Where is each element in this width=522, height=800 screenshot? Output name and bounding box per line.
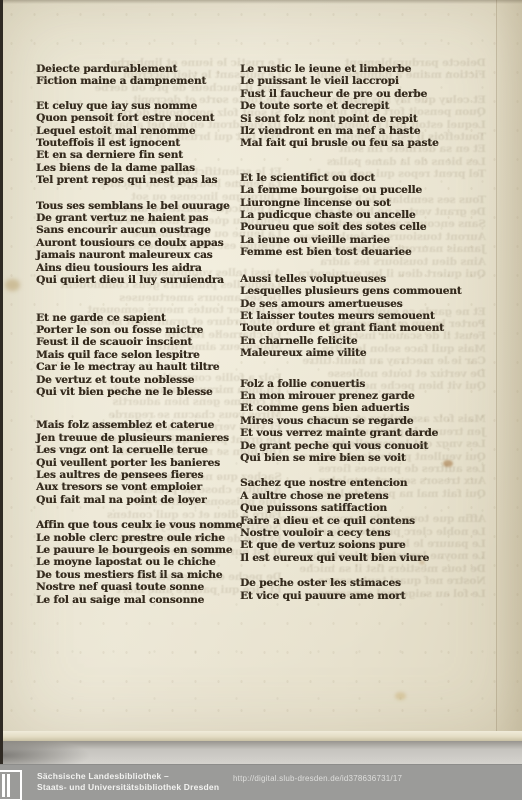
- verse-line: Et vous verrez mainte grant darde: [240, 427, 475, 439]
- verse-line: Les aultres de pensees fieres: [36, 469, 241, 481]
- manuscript-page: Deiecte pardurablementFiction maine a da…: [0, 0, 522, 741]
- verse-line: Ains dieu tousiours les aidra: [36, 262, 241, 274]
- verse-line: En mon mirouer prenez garde: [240, 390, 475, 402]
- verse-line: Mires vous chacun se regarde: [240, 415, 475, 427]
- verse-line: Et laisser toutes meurs semouent: [240, 310, 475, 322]
- verse-line: Qui bien se mire bien se voit: [240, 452, 475, 464]
- verse-line: Jen treuue de plusieurs manieres: [36, 432, 241, 444]
- verse-line: Jamais nauront maleureux cas: [36, 249, 241, 261]
- stanza: Et celuy que iay sus nommeQuon pensoit f…: [36, 100, 241, 187]
- stanza: Sachez que nostre entencionA aultre chos…: [240, 477, 475, 564]
- verse-line: Faire a dieu et ce quil contens: [240, 515, 475, 527]
- photo-left-edge: [0, 0, 3, 764]
- parchment-stain: [419, 560, 425, 565]
- parchment-stain: [5, 279, 20, 291]
- verse-line: Les vngz ont la ceruelle terue: [36, 444, 241, 456]
- verse-line: Touteffois il est ignocent: [36, 137, 241, 149]
- verse-line: Deiecte pardurablement: [36, 63, 241, 75]
- verse-line: Les biens de la dame pallas: [36, 162, 241, 174]
- verse-line: Qui vit bien peche ne le blesse: [36, 386, 241, 398]
- verse-line: Lesquelles plusieurs gens commouent: [240, 285, 475, 297]
- stanza: Et ne garde ce sapientPorter le son ou f…: [36, 312, 241, 399]
- verse-line: De grant peche qui vous conuoit: [240, 440, 475, 452]
- verse-line: Affin que tous ceulx ie vous nomme: [36, 519, 241, 531]
- stanza: Tous ses semblans le bel ouurageDe grant…: [36, 200, 241, 287]
- verse-line: Le puissant le vieil laccropi: [240, 75, 475, 87]
- verse-line: Qui fait mal na point de loyer: [36, 494, 241, 506]
- verse-line: De toute sorte et decrepit: [240, 100, 475, 112]
- verse-line: Folz a follie conuertis: [240, 378, 475, 390]
- verse-line: Nostre vouloir a cecy tens: [240, 527, 475, 539]
- photo-top-shadow: [0, 0, 522, 4]
- library-name: Sächsische Landesbibliothek – Staats- un…: [37, 771, 219, 793]
- verse-line: Quon pensoit fort estre nocent: [36, 112, 241, 124]
- parchment-stain: [395, 692, 406, 700]
- verse-line: Le moyne lapostat ou le chiche: [36, 556, 241, 568]
- stanza: Mais folz assemblez et caterueJen treuue…: [36, 419, 241, 506]
- verse-line: Et celuy que iay sus nomme: [36, 100, 241, 112]
- verse-line: Aux tresors se vont emploier: [36, 481, 241, 493]
- verse-line: Feust il de scauoir inscient: [36, 336, 241, 348]
- verse-line: La femme bourgoise ou pucelle: [240, 184, 475, 196]
- verse-line: Lequel estoit mal renomme: [36, 125, 241, 137]
- verse-line: Auront tousiours ce doulx appas: [36, 237, 241, 249]
- verse-line: Et que de vertuz soions pure: [240, 539, 475, 551]
- verse-line: Toute ordure et grant fiant mouent: [240, 322, 475, 334]
- verse-line: Qui veullent porter les banieres: [36, 457, 241, 469]
- verse-line: De tous mestiers fist il sa miche: [36, 569, 241, 581]
- verse-line: Le rustic le ieune et limberbe: [240, 63, 475, 75]
- verse-line: Nostre nef quasi toute sonne: [36, 581, 241, 593]
- verse-line: Tous ses semblans le bel ouurage: [36, 200, 241, 212]
- source-url: http://digital.slub-dresden.de/id3786367…: [233, 774, 402, 783]
- verse-line: Le noble clerc prestre oule riche: [36, 532, 241, 544]
- stanza: Et le scientifict ou doctLa femme bourgo…: [240, 172, 475, 259]
- stanza: Deiecte pardurablementFiction maine a da…: [36, 63, 241, 88]
- table-cloth-shadow: [0, 741, 150, 765]
- verse-line: La ieune ou vieille mariee: [240, 234, 475, 246]
- verse-line: Si sont folz nont point de repit: [240, 113, 475, 125]
- parchment-stain: [443, 460, 453, 467]
- verse-line: Porter le son ou fosse mictre: [36, 324, 241, 336]
- verse-line: Mal fait qui brusle ou feu sa paste: [240, 137, 475, 149]
- stanza: Affin que tous ceulx ie vous nommeLe nob…: [36, 519, 241, 606]
- verse-line: Sachez que nostre entencion: [240, 477, 475, 489]
- verse-line: Et en sa derniere fin sent: [36, 149, 241, 161]
- verse-line: Liurongne lincense ou sot: [240, 197, 475, 209]
- verse-line: Tel prent repos qui nest pas las: [36, 174, 241, 186]
- library-footer-bar: Sächsische Landesbibliothek – Staats- un…: [0, 764, 522, 800]
- verse-line: Mais folz assemblez et caterue: [36, 419, 241, 431]
- verse-line: Mais quil face selon lespitre: [36, 349, 241, 361]
- verse-line: Ilz viendront en ma nef a haste: [240, 125, 475, 137]
- verse-line: Femme est bien tost deuariee: [240, 246, 475, 258]
- verse-line: Que puissons satiffaction: [240, 502, 475, 514]
- verse-line: Aussi telles voluptueuses: [240, 273, 475, 285]
- digitized-book-page: Deiecte pardurablementFiction maine a da…: [0, 0, 522, 800]
- verse-line: De vertuz et toute noblesse: [36, 374, 241, 386]
- verse-line: La pudicque chaste ou ancelle: [240, 209, 475, 221]
- library-name-line1: Sächsische Landesbibliothek –: [37, 771, 219, 782]
- verse-line: De grant vertuz ne haient pas: [36, 212, 241, 224]
- verse-line: Il est eureux qui veult bien viure: [240, 552, 475, 564]
- stanza: Folz a follie conuertisEn mon mirouer pr…: [240, 378, 475, 465]
- verse-line: Pourueu que soit des sotes celle: [240, 221, 475, 233]
- verse-line: A aultre chose ne pretens: [240, 490, 475, 502]
- text-column-right: Le rustic le ieune et limberbeLe puissan…: [240, 63, 475, 602]
- verse-line: En charnelle felicite: [240, 335, 475, 347]
- stanza: Aussi telles voluptueusesLesquelles plus…: [240, 273, 475, 360]
- verse-line: De ses amours amertueuses: [240, 298, 475, 310]
- stanza: De peche oster les stimacesEt vice qui p…: [240, 577, 475, 602]
- verse-line: Et le scientifict ou doct: [240, 172, 475, 184]
- verse-line: Fiction maine a dampnement: [36, 75, 241, 87]
- text-column-left: Deiecte pardurablementFiction maine a da…: [36, 63, 241, 606]
- verse-line: Fust il faucheur de pre ou derbe: [240, 88, 475, 100]
- stanza: Le rustic le ieune et limberbeLe puissan…: [240, 63, 475, 150]
- page-edge-shading: [497, 0, 522, 737]
- verse-line: Le fol au saige mal consonne: [36, 594, 241, 606]
- verse-line: Le pauure le bourgeois en somme: [36, 544, 241, 556]
- verse-line: Car ie le mectray au hault tiltre: [36, 361, 241, 373]
- slub-library-logo-icon: [0, 770, 22, 800]
- verse-line: Et comme gens bien aduertis: [240, 402, 475, 414]
- library-name-line2: Staats- und Universitätsbibliothek Dresd…: [37, 782, 219, 793]
- verse-line: De peche oster les stimaces: [240, 577, 475, 589]
- verse-line: Et ne garde ce sapient: [36, 312, 241, 324]
- verse-line: Et vice qui pauure ame mort: [240, 590, 475, 602]
- verse-line: Qui quiert dieu il luy suruiendra: [36, 274, 241, 286]
- verse-line: Sans encourir aucun oustrage: [36, 224, 241, 236]
- verse-line: Maleureux aime vilite: [240, 347, 475, 359]
